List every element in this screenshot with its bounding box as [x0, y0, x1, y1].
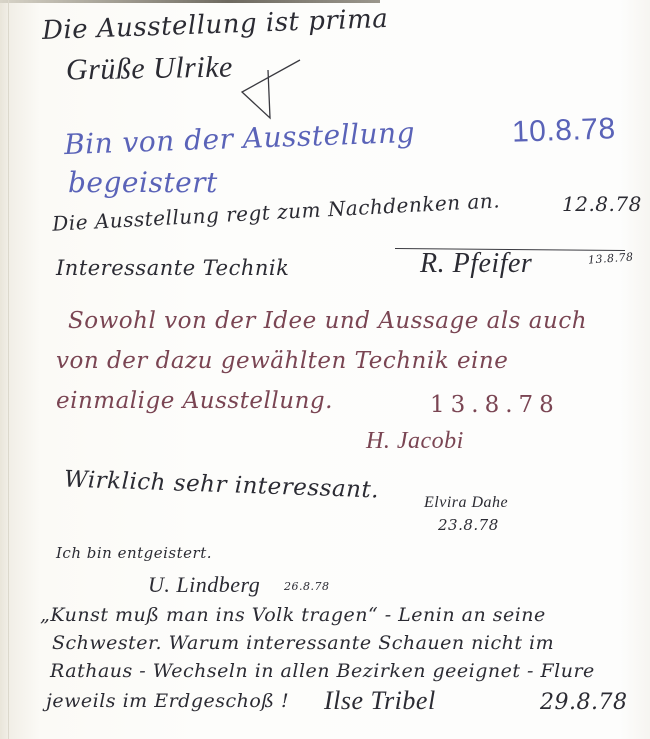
entry-1-line-1: Die Ausstellung ist prima [42, 4, 389, 46]
entry-8-date: 29.8.78 [540, 690, 627, 715]
entry-4-signature: R. Pfeifer [420, 248, 532, 280]
entry-6-line-1: Wirklich sehr interessant. [64, 467, 380, 504]
entry-1-line-2: Grüße Ulrike [66, 51, 233, 88]
entry-7-signature: U. Lindberg [148, 572, 260, 598]
entry-1-flourish [240, 40, 330, 120]
entry-8-signature: Ilse Tribel [324, 686, 436, 716]
guestbook-page: Die Ausstellung ist prima Grüße Ulrike B… [0, 0, 650, 739]
entry-7-line-1: Ich bin entgeistert. [56, 544, 212, 562]
entry-5-line-2: von der dazu gewählten Technik eine [56, 348, 508, 374]
entry-5-signature: H. Jacobi [366, 428, 464, 455]
entry-3-date: 12.8.78 [562, 192, 642, 216]
entry-5-line-3: einmalige Ausstellung. [56, 388, 333, 414]
entry-7-date: 26.8.78 [284, 580, 330, 593]
entry-5-date: 13.8.78 [430, 392, 560, 418]
entry-6-date: 23.8.78 [438, 516, 499, 534]
entry-2-line-2: begeistert [68, 166, 218, 199]
entry-4-line-1: Interessante Technik [56, 256, 289, 280]
entry-8-line-3: Rathaus - Wechseln in allen Bezirken gee… [50, 660, 595, 682]
entry-8-line-2: Schwester. Warum interessante Schauen ni… [52, 632, 554, 654]
entry-5-line-1: Sowohl von der Idee und Aussage als auch [68, 308, 587, 334]
entry-2-date: 10.8.78 [511, 112, 616, 150]
page-top-edge-shadow [0, 0, 380, 3]
entry-4-date: 13.8.78 [588, 250, 634, 266]
entry-8-line-1: „Kunst muß man ins Volk tragen“ - Lenin … [40, 604, 546, 626]
entry-8-line-4: jeweils im Erdgeschoß ! [46, 690, 289, 712]
entry-6-signature: Elvira Dahe [424, 494, 508, 512]
binding-gutter [8, 0, 9, 739]
entry-2-line-1: Bin von der Ausstellung [64, 116, 416, 161]
